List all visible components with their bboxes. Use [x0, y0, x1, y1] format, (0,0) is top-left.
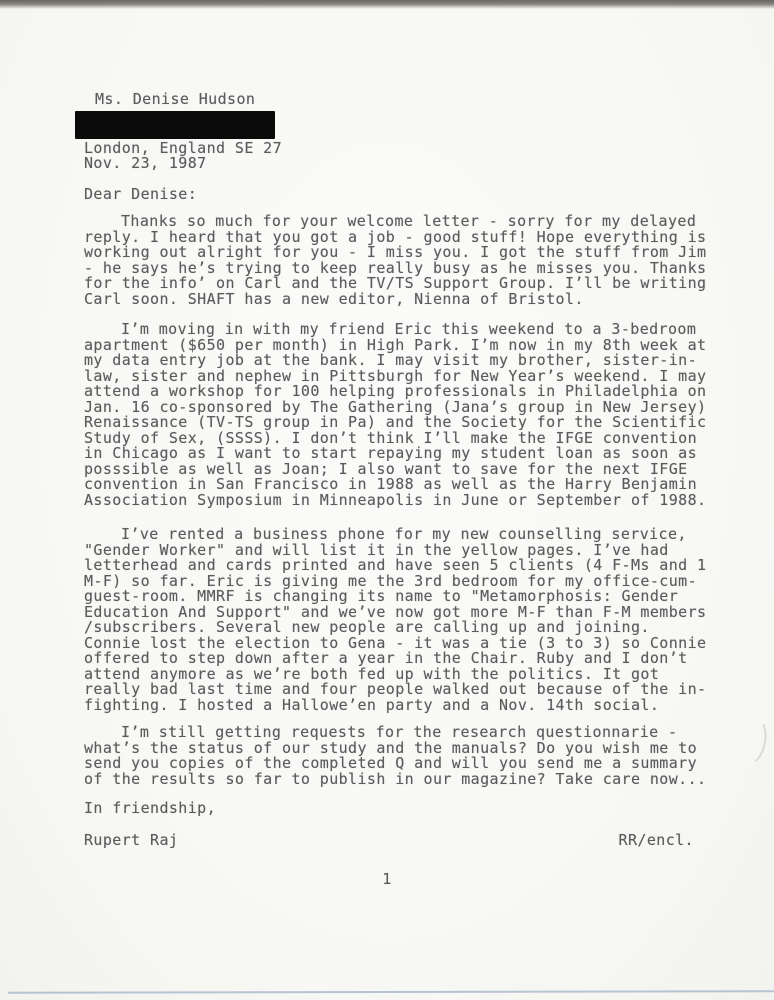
closing-line: In friendship, [84, 801, 732, 817]
paragraph: I’ve rented a business phone for my new … [84, 527, 732, 713]
letter-body: Thanks so much for your welcome letter -… [84, 214, 732, 787]
redacted-address-bar [75, 111, 275, 139]
signature-row: Rupert Raj RR/encl. [84, 833, 694, 849]
date-line: Nov. 23, 1987 [84, 156, 732, 172]
salutation: Dear Denise: [84, 187, 732, 203]
letter-page: Ms. Denise Hudson London, England SE 27 … [84, 92, 732, 848]
paragraph: I’m moving in with my friend Eric this w… [84, 322, 732, 508]
signature-name: Rupert Raj [84, 833, 178, 849]
scan-bottom-edge-artifact [8, 990, 774, 994]
body-line: fighting. I hosted a Hallowe’en party an… [84, 698, 732, 714]
paragraph: I’m still getting requests for the resea… [84, 725, 732, 787]
paragraph: Thanks so much for your welcome letter -… [84, 214, 732, 307]
page-number: 1 [0, 870, 774, 888]
recipient-name: Ms. Denise Hudson [95, 92, 732, 108]
body-line: Carl soon. SHAFT has a new editor, Nienn… [84, 292, 732, 308]
page-curl-artifact [731, 713, 771, 768]
body-line: of the results so far to publish in our … [84, 772, 732, 788]
body-line: Association Symposium in Minneapolis in … [84, 493, 732, 509]
scan-top-edge-artifact [0, 0, 774, 9]
reference-initials: RR/encl. [619, 833, 694, 849]
